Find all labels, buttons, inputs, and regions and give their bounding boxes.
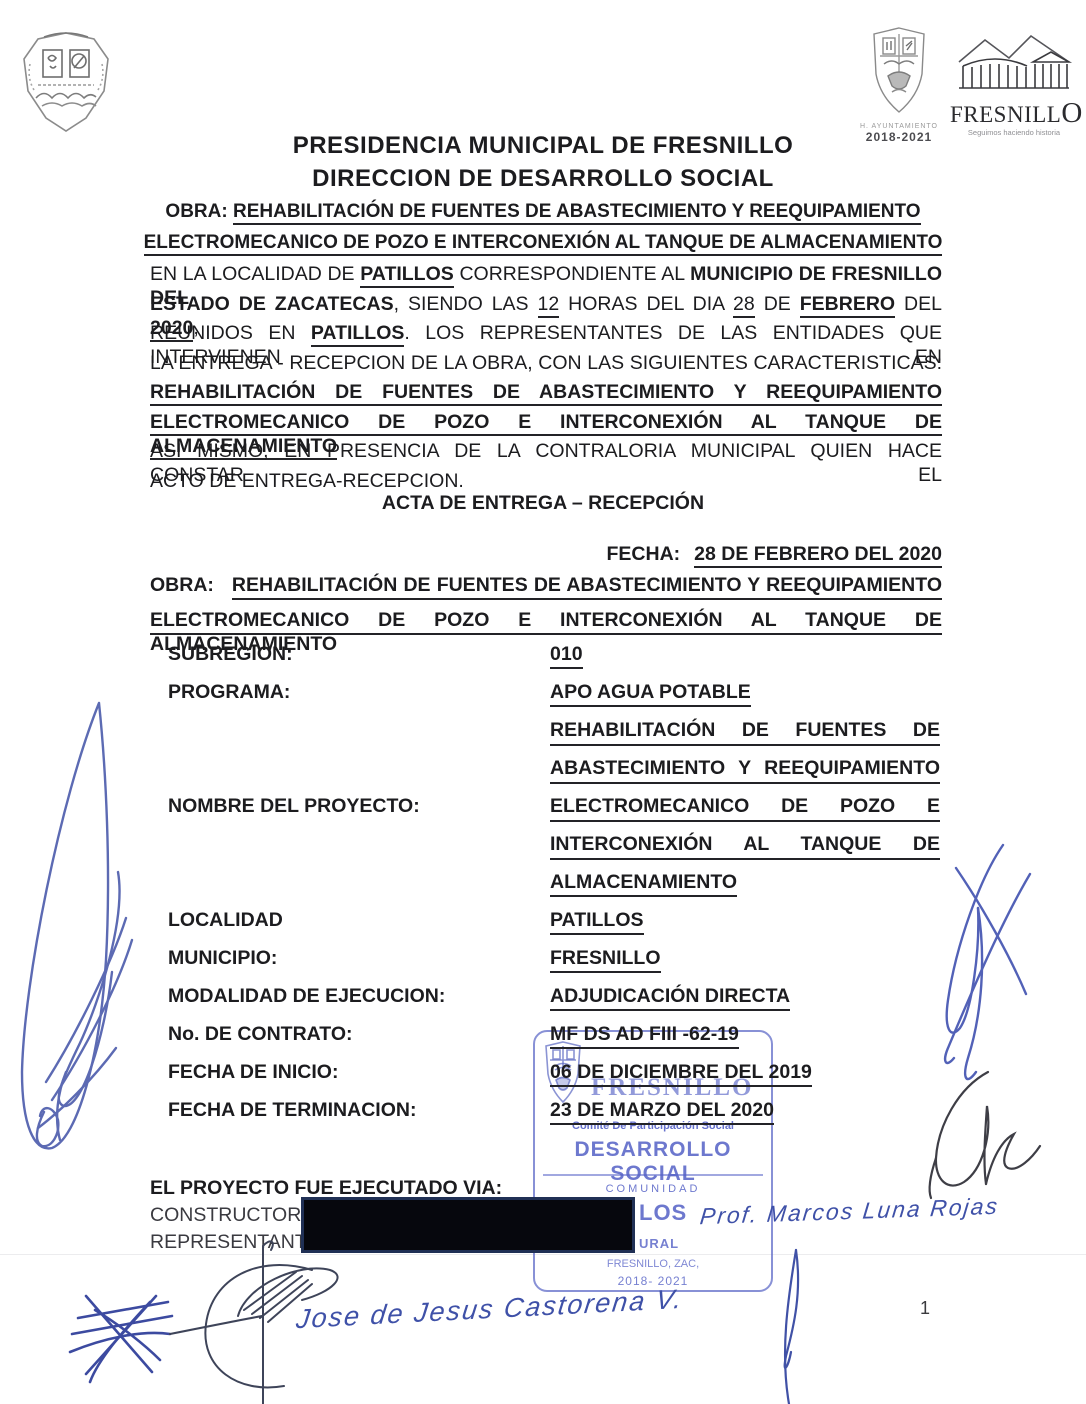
intro-paragraph: EN LA LOCALIDAD DE PATILLOS CORRESPONDIE… (150, 262, 942, 498)
ayuntamiento-shield-icon (870, 26, 928, 116)
signature-right-cross (945, 845, 1030, 1079)
document-title: PRESIDENCIA MUNICIPAL DE FRESNILLO (0, 132, 1086, 160)
obra-label: OBRA: (150, 573, 214, 603)
field-row-subregion: SUBREGION: 010 (168, 642, 940, 680)
field-value: APO AGUA POTABLE (550, 681, 751, 707)
field-label: No. DE CONTRATO: (168, 1022, 550, 1060)
signature-vertical-flourish (785, 1250, 798, 1404)
field-label: FECHA DE TERMINACION: (168, 1098, 550, 1136)
obra-value-line2: ELECTROMECANICO DE POZO E INTERCONEXIÓN … (150, 608, 942, 635)
project-fields: SUBREGION: 010 PROGRAMA: APO AGUA POTABL… (168, 642, 940, 1136)
text-segment: FEBRERO (800, 293, 895, 318)
scanned-document-page: H. AYUNTAMIENTO 2018-2021 FRESNILLO Segu… (0, 0, 1086, 1404)
obra-heading-line1: OBRA: REHABILITACIÓN DE FUENTES DE ABAST… (0, 201, 1086, 223)
stamp-rural-fragment: URAL (639, 1236, 679, 1251)
field-label: PROGRAMA: (168, 680, 550, 718)
municipal-seal-emblem (14, 28, 118, 140)
redaction-box (301, 1197, 635, 1253)
field-row-municipio: MUNICIPIO: FRESNILLO (168, 946, 940, 984)
field-value: FRESNILLO (550, 947, 661, 973)
signature-left-large (22, 703, 132, 1148)
stamp-localidad-fragment: LOS (639, 1200, 687, 1226)
intro-line: EN LA LOCALIDAD DE PATILLOS CORRESPONDIE… (150, 262, 942, 292)
field-row-programa: PROGRAMA: APO AGUA POTABLE (168, 680, 940, 718)
text-segment: HORAS DEL DIA (559, 293, 733, 315)
page-number: 1 (920, 1298, 930, 1319)
field-label: NOMBRE DEL PROYECTO: (168, 718, 550, 818)
intro-line: REHABILITACIÓN DE FUENTES DE ABASTECIMIE… (150, 380, 942, 410)
obra-heading-line2: ELECTROMECANICO DE POZO E INTERCONEXIÓN … (0, 232, 1086, 254)
document-subtitle: DIRECCION DE DESARROLLO SOCIAL (0, 165, 1086, 193)
field-row-modalidad: MODALIDAD DE EJECUCION: ADJUDICACIÓN DIR… (168, 984, 940, 1022)
intro-line: LA ENTREGA - RECEPCION DE LA OBRA, CON L… (150, 351, 942, 381)
fecha-value: 28 DE FEBRERO DEL 2020 (694, 543, 942, 568)
text-segment: PATILLOS (311, 322, 405, 347)
text-segment: OBRA: (165, 201, 233, 222)
text-segment: REHABILITACIÓN DE FUENTES DE ABASTECIMIE… (233, 201, 921, 225)
handwritten-name-bottom: Jose de Jesus Castorena V. (294, 1284, 685, 1336)
obra-value-line1: REHABILITACIÓN DE FUENTES DE ABASTECIMIE… (232, 573, 942, 600)
fresnillo-wordmark: FRESNILLO (950, 97, 1078, 130)
text-segment: ELECTROMECANICO DE POZO E INTERCONEXIÓN … (144, 232, 943, 256)
field-value: INTERCONEXIÓN AL TANQUE DE (550, 832, 940, 860)
fecha-label: FECHA: (607, 543, 681, 565)
wordmark-last-letter: O (1061, 97, 1082, 129)
acta-title: ACTA DE ENTREGA – RECEPCIÓN (0, 492, 1086, 515)
field-label: MODALIDAD DE EJECUCION: (168, 984, 550, 1022)
shield-caption: H. AYUNTAMIENTO (860, 123, 938, 130)
text-segment: REHABILITACIÓN DE FUENTES DE ABASTECIMIE… (150, 381, 942, 406)
text-segment: ACTO DE ENTREGA-RECEPCION. (150, 470, 464, 492)
field-label: LOCALIDAD (168, 908, 550, 946)
field-row-localidad: LOCALIDAD PATILLOS (168, 908, 940, 946)
intro-line: ASI MISMO, EN PRESENCIA DE LA CONTRALORI… (150, 439, 942, 469)
text-segment: DEL (895, 293, 942, 315)
obra-block: OBRA: REHABILITACIÓN DE FUENTES DE ABAST… (150, 573, 942, 635)
field-value: 06 DE DICIEMBRE DEL 2019 (550, 1061, 812, 1087)
text-segment: REUNIDOS EN (150, 322, 311, 344)
field-row-fecha-terminacion: FECHA DE TERMINACION: 23 DE MARZO DEL 20… (168, 1098, 940, 1136)
field-row-fecha-inicio: FECHA DE INICIO: 06 DE DICIEMBRE DEL 201… (168, 1060, 940, 1098)
intro-line: REUNIDOS EN PATILLOS. LOS REPRESENTANTES… (150, 321, 942, 351)
fresnillo-logo-art (955, 32, 1073, 92)
intro-line: ELECTROMECANICO DE POZO E INTERCONEXIÓN … (150, 410, 942, 440)
stamp-comunidad-label: COMUNIDAD (535, 1183, 771, 1195)
field-value: ELECTROMECANICO DE POZO E (550, 794, 940, 822)
ayuntamiento-shield-logo: H. AYUNTAMIENTO 2018-2021 (860, 26, 938, 144)
field-label: SUBREGION: (168, 642, 550, 680)
fecha-line: FECHA:28 DE FEBRERO DEL 2020 (150, 543, 942, 566)
field-value: ADJUDICACIÓN DIRECTA (550, 985, 790, 1011)
field-value: ABASTECIMIENTO Y REEQUIPAMIENTO (550, 756, 940, 784)
obra-block-line1: OBRA: REHABILITACIÓN DE FUENTES DE ABAST… (150, 573, 942, 603)
text-segment: 28 (733, 293, 755, 318)
field-value: MF DS AD FIII -62-19 (550, 1023, 739, 1049)
text-segment: EN LA LOCALIDAD DE (150, 263, 360, 285)
text-segment: , SIENDO LAS (394, 293, 538, 315)
field-label: MUNICIPIO: (168, 946, 550, 984)
field-value: ALMACENAMIENTO (550, 871, 737, 897)
field-value: PATILLOS (550, 909, 644, 935)
fresnillo-logo: FRESNILLO Seguimos haciendo historia (950, 32, 1078, 137)
stamp-divider (543, 1174, 763, 1176)
signature-star-scribble (70, 1296, 172, 1382)
text-segment: CORRESPONDIENTE AL (454, 263, 690, 285)
field-label: FECHA DE INICIO: (168, 1060, 550, 1098)
text-segment: PATILLOS (360, 263, 454, 288)
text-segment: 12 (538, 293, 560, 318)
stamp-dependencia: DESARROLLO SOCIAL (535, 1138, 771, 1186)
signature-gza (930, 1072, 1040, 1198)
text-segment: ESTADO DE ZACATECAS (150, 293, 394, 315)
field-value: REHABILITACIÓN DE FUENTES DE (550, 718, 940, 746)
field-row-contrato: No. DE CONTRATO: MF DS AD FIII -62-19 (168, 1022, 940, 1060)
stamp-city: FRESNILLO, ZAC, (535, 1258, 771, 1270)
intro-line: ESTADO DE ZACATECAS, SIENDO LAS 12 HORAS… (150, 292, 942, 322)
text-segment: LA ENTREGA - RECEPCION DE LA OBRA, CON L… (150, 352, 942, 374)
field-row-nombre-proyecto: NOMBRE DEL PROYECTO: REHABILITACIÓN DE F… (168, 718, 940, 908)
field-value: 010 (550, 643, 583, 669)
wordmark-text: FRESNILL (950, 102, 1061, 127)
text-segment: DE (755, 293, 800, 315)
field-value: 23 DE MARZO DEL 2020 (550, 1099, 774, 1125)
